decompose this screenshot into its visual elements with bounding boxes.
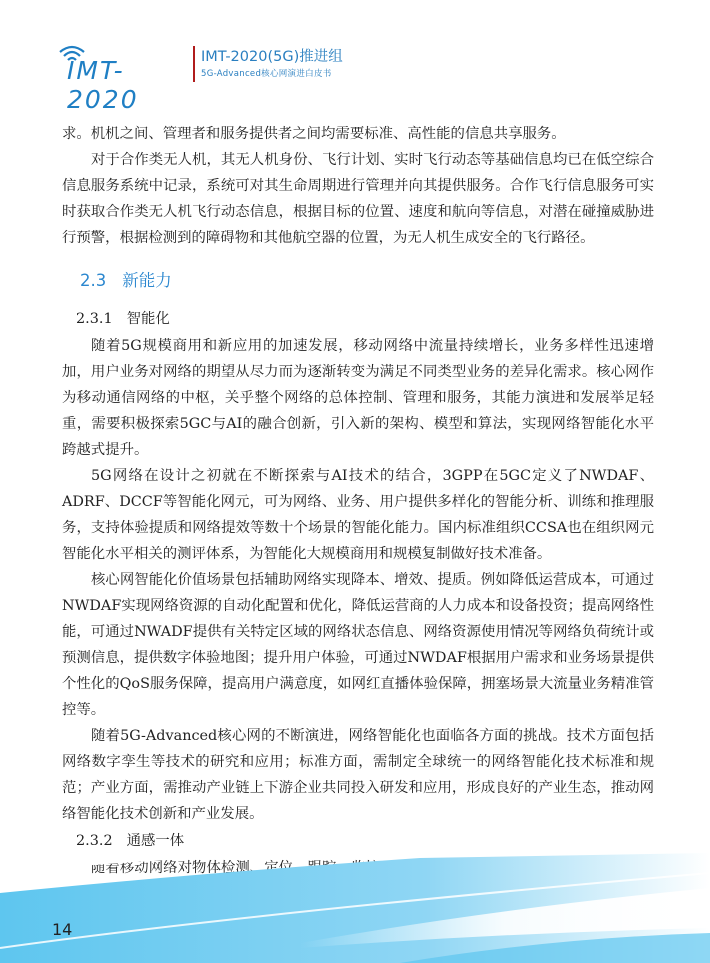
paragraph: 随着5G规模商用和新应用的加速发展，移动网络中流量持续增长，业务多样性迅速增加，…: [62, 333, 654, 463]
imt2020-logo: IMT-2020: [55, 42, 185, 86]
subsection-title: 智能化: [127, 311, 170, 327]
page-number: 14: [52, 920, 72, 939]
subsection-number: 2.3.2: [76, 833, 113, 849]
subsection-number: 2.3.1: [76, 311, 113, 327]
paragraph: 随着5G-Advanced核心网的不断演进，网络智能化也面临各方面的挑战。技术方…: [62, 723, 654, 827]
paragraph: 核心网智能化价值场景包括辅助网络实现降本、增效、提质。例如降低运营成本，可通过N…: [62, 567, 654, 723]
paragraph: 对于合作类无人机，其无人机身份、飞行计划、实时飞行动态等基础信息均已在低空综合信…: [62, 147, 654, 251]
section-number: 2.3: [80, 271, 106, 290]
document-subtitle: 5G-Advanced核心网演进白皮书: [201, 67, 332, 79]
section-title: 新能力: [122, 271, 172, 290]
page-header: IMT-2020 IMT-2020(5G)推进组 5G-Advanced核心网演…: [55, 42, 355, 87]
subsection-heading: 2.3.2通感一体: [76, 827, 654, 855]
page-body: 求。机机之间、管理者和服务提供者之间均需要标准、高性能的信息共享服务。 对于合作…: [62, 121, 654, 959]
subsection-title: 通感一体: [127, 833, 185, 849]
paragraph: 5G网络在设计之初就在不断探索与AI技术的结合，3GPP在5GC定义了NWDAF…: [62, 463, 654, 567]
org-title: IMT-2020(5G)推进组: [201, 45, 343, 66]
logo-text: IMT-2020: [67, 56, 185, 114]
header-divider: [193, 46, 195, 82]
section-heading: 2.3新能力: [80, 267, 654, 295]
paragraph: 求。机机之间、管理者和服务提供者之间均需要标准、高性能的信息共享服务。: [62, 121, 654, 147]
footer-wave-decoration: [0, 853, 710, 963]
subsection-heading: 2.3.1智能化: [76, 305, 654, 333]
